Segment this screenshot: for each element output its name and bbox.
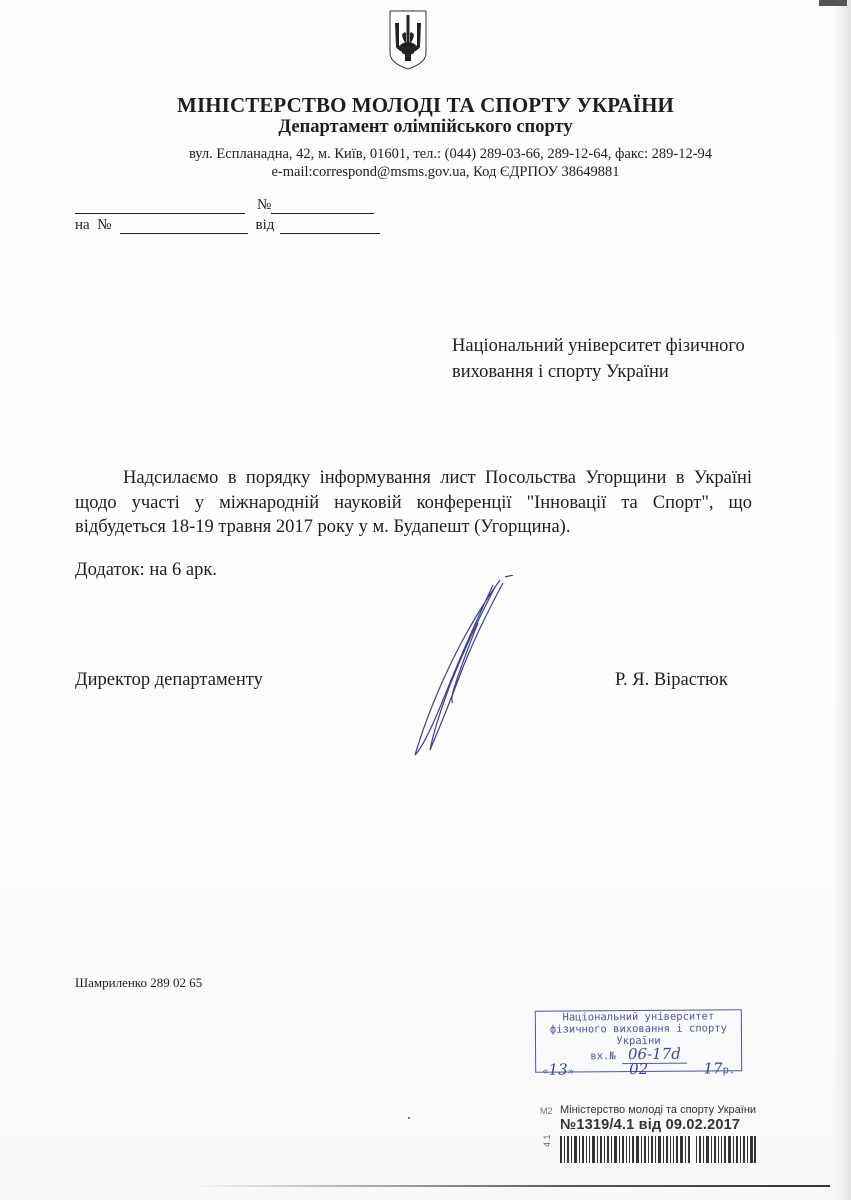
department-name: Департамент олімпійського спорту <box>0 117 851 138</box>
reply-number-field <box>120 218 248 234</box>
stamp-month: 02 <box>629 1063 648 1077</box>
recipient-line-1: Національний університет фізичного <box>452 333 782 359</box>
scan-bottom-edge <box>190 1185 830 1187</box>
ministry-contacts: e-mail:correspond@msms.gov.ua, Код ЄДРПО… <box>0 164 851 181</box>
barcode-organization: Міністерство молоді та спорту України <box>560 1104 756 1116</box>
letter-body: Надсилаємо в порядку інформування лист П… <box>75 466 752 540</box>
document-page: МІНІСТЕРСТВО МОЛОДІ ТА СПОРТУ УКРАЇНИ Де… <box>0 0 851 1200</box>
ministry-name: МІНІСТЕРСТВО МОЛОДІ ТА СПОРТУ УКРАЇНИ <box>0 93 851 118</box>
stamp-day: 13 <box>548 1060 567 1078</box>
ministry-address: вул. Еспланадна, 42, м. Київ, 01601, тел… <box>0 146 851 163</box>
barcode-icon <box>560 1136 756 1163</box>
stamp-date-row: «13» 02 17р. <box>536 1062 741 1077</box>
from-label: від <box>256 217 275 234</box>
attachment-note: Додаток: на 6 арк. <box>75 560 217 581</box>
signer-position: Директор департаменту <box>75 670 263 691</box>
stamp-year: 17 <box>703 1059 722 1077</box>
reply-to-label: на № <box>75 217 112 234</box>
signer-name: Р. Я. Вірастюк <box>615 670 728 691</box>
outgoing-registration-row: № <box>75 197 374 214</box>
recipient-block: Національний університет фізичного вихов… <box>452 333 782 385</box>
body-paragraph: Надсилаємо в порядку інформування лист П… <box>75 466 752 540</box>
coat-of-arms-icon <box>388 9 428 71</box>
reply-date-field <box>280 218 380 234</box>
barcode-prefix: М2 <box>540 1106 553 1116</box>
executor-contact: Шамриленко 289 02 65 <box>75 975 202 991</box>
signature-icon <box>385 575 525 765</box>
barcode-document-number: №1319/4.1 від 09.02.2017 <box>560 1117 740 1133</box>
stamp-line-2: фізичного виховання і спорту <box>536 1022 741 1035</box>
barcode-side-code: 4.1 <box>542 1134 552 1147</box>
outgoing-number-field <box>271 198 374 214</box>
reply-registration-row: на № від <box>75 217 380 234</box>
recipient-line-2: виховання і спорту України <box>452 359 782 385</box>
barcode-label: М2 Міністерство молоді та спорту України… <box>540 1103 780 1165</box>
scan-corner-mark <box>819 0 847 6</box>
outgoing-date-field <box>75 198 245 214</box>
stamp-year-suffix: р. <box>723 1064 736 1076</box>
incoming-registration-stamp: Національний університет фізичного вихов… <box>535 1009 742 1072</box>
stamp-reg-label: вх.№ <box>590 1050 615 1062</box>
number-label: № <box>257 197 271 214</box>
scan-speck <box>408 1117 410 1119</box>
